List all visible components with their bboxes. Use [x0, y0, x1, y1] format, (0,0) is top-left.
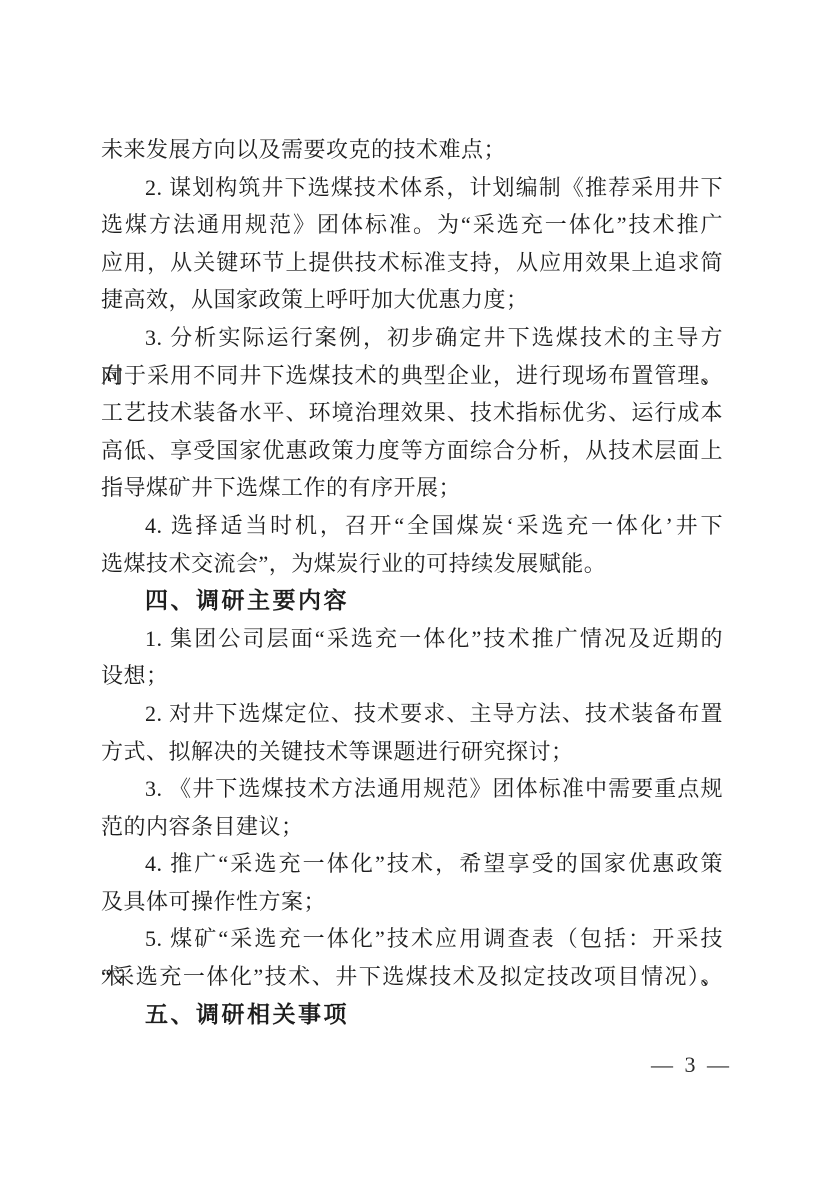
text-line-item-3: 3. 分析实际运行案例，初步确定井下选煤技术的主导方向。	[101, 319, 723, 357]
text-line-item-2: 2. 对井下选煤定位、技术要求、主导方法、技术装备布置	[101, 695, 723, 733]
text-line: 指导煤矿井下选煤工作的有序开展；	[101, 469, 723, 507]
text-line: 设想；	[101, 657, 723, 695]
text-line: “采选充一体化”技术、井下选煤技术及拟定技改项目情况）。	[101, 958, 723, 996]
text-line: 应用，从关键环节上提供技术标准支持，从应用效果上追求简	[101, 244, 723, 282]
text-line-item-1: 1. 集团公司层面“采选充一体化”技术推广情况及近期的	[101, 620, 723, 658]
text-line-item-5: 5. 煤矿“采选充一体化”技术应用调查表（包括：开采技术、	[101, 920, 723, 958]
section-heading-main-content: 四、调研主要内容	[101, 582, 723, 620]
text-line: 对于采用不同井下选煤技术的典型企业，进行现场布置管理、	[101, 357, 723, 395]
document-body: 未来发展方向以及需要攻克的技术难点； 2. 谋划构筑井下选煤技术体系，计划编制《…	[101, 131, 723, 1033]
text-line: 选煤技术交流会”，为煤炭行业的可持续发展赋能。	[101, 545, 723, 583]
text-line: 选煤方法通用规范》团体标准。为“采选充一体化”技术推广	[101, 206, 723, 244]
text-line: 方式、拟解决的关键技术等课题进行研究探讨；	[101, 733, 723, 771]
text-line-item-4: 4. 推广“采选充一体化”技术，希望享受的国家优惠政策	[101, 845, 723, 883]
document-page: 未来发展方向以及需要攻克的技术难点； 2. 谋划构筑井下选煤技术体系，计划编制《…	[0, 0, 832, 1178]
text-line: 及具体可操作性方案；	[101, 883, 723, 921]
text-line: 范的内容条目建议；	[101, 808, 723, 846]
section-heading-related-matters: 五、调研相关事项	[101, 996, 723, 1034]
text-line: 高低、享受国家优惠政策力度等方面综合分析，从技术层面上	[101, 432, 723, 470]
text-line: 捷高效，从国家政策上呼吁加大优惠力度；	[101, 281, 723, 319]
text-line: 未来发展方向以及需要攻克的技术难点；	[101, 131, 723, 169]
text-line-item-3: 3. 《井下选煤技术方法通用规范》团体标准中需要重点规	[101, 770, 723, 808]
text-line-item-4: 4. 选择适当时机，召开“全国煤炭‘采选充一体化’井下	[101, 507, 723, 545]
text-line-item-2: 2. 谋划构筑井下选煤技术体系，计划编制《推荐采用井下	[101, 169, 723, 207]
page-number: — 3 —	[651, 1050, 732, 1080]
text-line: 工艺技术装备水平、环境治理效果、技术指标优劣、运行成本	[101, 394, 723, 432]
